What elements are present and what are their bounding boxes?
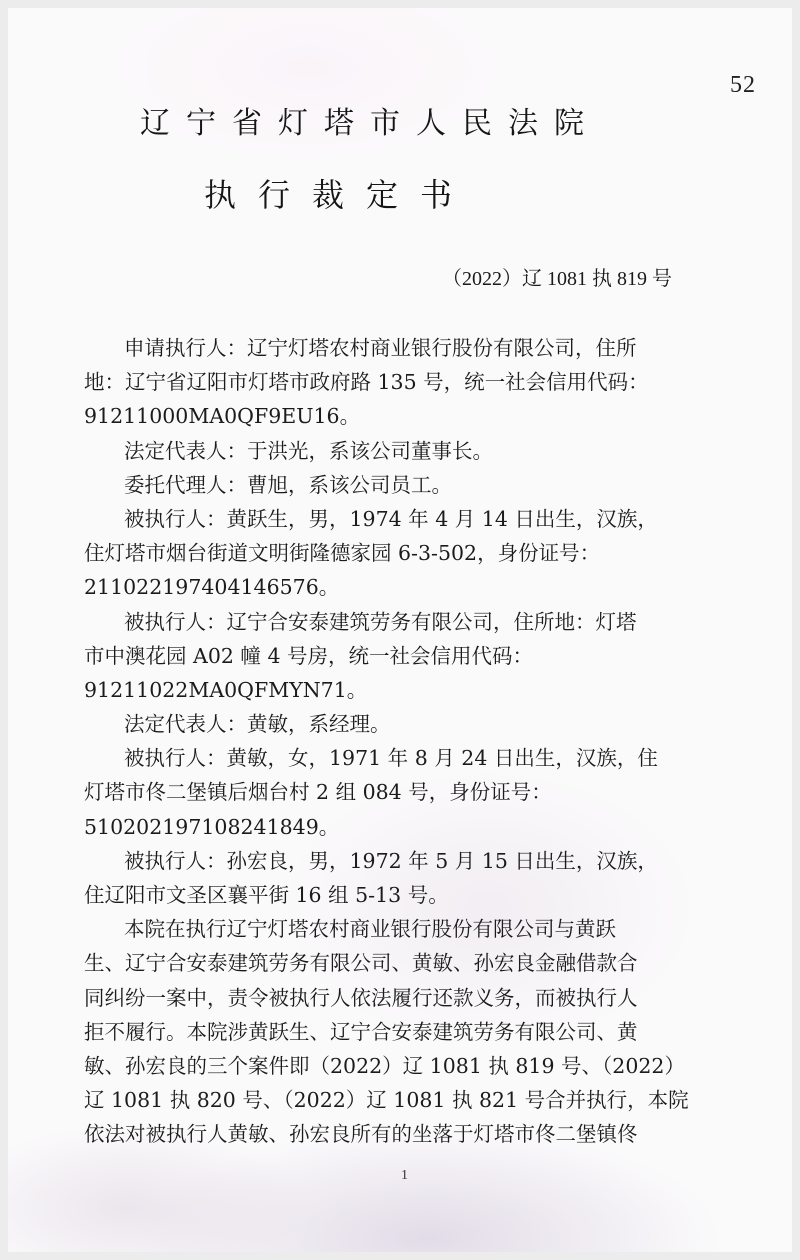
ruling-paragraph-line: 拒不履行。本院涉黄跃生、辽宁合安泰建筑劳务有限公司、黄 [84, 1015, 724, 1049]
legal-representative-line: 法定代表人：于洪光，系该公司董事长。 [84, 434, 724, 468]
respondent-2-credit-code-line: 91211022MA0QFMYN71。 [84, 673, 724, 707]
respondent-4-address-line: 住辽阳市文圣区襄平街 16 组 5-13 号。 [84, 878, 724, 912]
respondent-3-line: 被执行人：黄敏，女，1971 年 8 月 24 日出生，汉族，住 [84, 741, 724, 775]
respondent-1-id-line: 211022197404146576。 [84, 570, 724, 604]
respondent-2-address-line: 市中澳花园 A02 幢 4 号房，统一社会信用代码： [84, 639, 724, 673]
respondent-1-address-line: 住灯塔市烟台街道文明街隆德家园 6-3-502，身份证号： [84, 536, 724, 570]
respondent-2-line: 被执行人：辽宁合安泰建筑劳务有限公司，住所地：灯塔 [84, 605, 724, 639]
ruling-paragraph-line: 辽 1081 执 820 号、（2022）辽 1081 执 821 号合并执行，… [84, 1083, 724, 1117]
document-page: 52 辽宁省灯塔市人民法院 执行裁定书 （2022）辽 1081 执 819 号… [8, 8, 792, 1252]
respondent-1-line: 被执行人：黄跃生，男，1974 年 4 月 14 日出生，汉族， [84, 502, 724, 536]
ruling-paragraph-line: 本院在执行辽宁灯塔农村商业银行股份有限公司与黄跃 [84, 912, 724, 946]
applicant-address-line: 地：辽宁省辽阳市灯塔市政府路 135 号，统一社会信用代码： [84, 365, 724, 399]
document-body: 申请执行人：辽宁灯塔农村商业银行股份有限公司，住所 地：辽宁省辽阳市灯塔市政府路… [84, 331, 724, 1152]
respondent-2-representative-line: 法定代表人：黄敏，系经理。 [84, 707, 724, 741]
ruling-paragraph-line: 敏、孙宏良的三个案件即（2022）辽 1081 执 819 号、（2022） [84, 1049, 724, 1083]
document-title: 执行裁定书 [204, 170, 474, 216]
court-name-heading: 辽宁省灯塔市人民法院 [140, 98, 600, 142]
ruling-paragraph-line: 生、辽宁合安泰建筑劳务有限公司、黄敏、孙宏良金融借款合 [84, 946, 724, 980]
case-number: （2022）辽 1081 执 819 号 [442, 262, 672, 291]
respondent-3-address-line: 灯塔市佟二堡镇后烟台村 2 组 084 号，身份证号： [84, 775, 724, 809]
respondent-3-id-line: 510202197108241849。 [84, 810, 724, 844]
footer-page-mark: 1 [401, 1168, 408, 1184]
respondent-4-line: 被执行人：孙宏良，男，1972 年 5 月 15 日出生，汉族， [84, 844, 724, 878]
entrusted-agent-line: 委托代理人：曹旭，系该公司员工。 [84, 468, 724, 502]
ruling-paragraph-line: 同纠纷一案中，责令被执行人依法履行还款义务，而被执行人 [84, 981, 724, 1015]
ruling-paragraph-line: 依法对被执行人黄敏、孙宏良所有的坐落于灯塔市佟二堡镇佟 [84, 1117, 724, 1151]
applicant-credit-code-line: 91211000MA0QF9EU16。 [84, 399, 724, 433]
page-number: 52 [730, 72, 756, 99]
applicant-line: 申请执行人：辽宁灯塔农村商业银行股份有限公司，住所 [84, 331, 724, 365]
